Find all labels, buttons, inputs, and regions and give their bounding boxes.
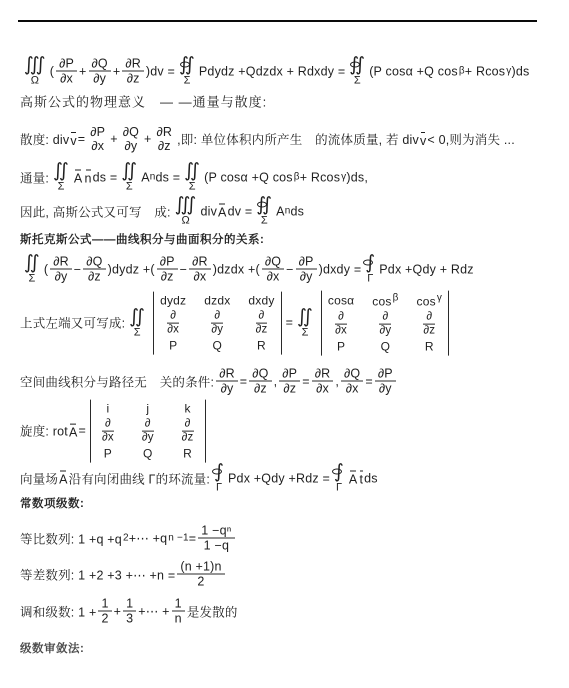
math-text: 等差数列: 1 +2 +3 +⋯ +n =: [20, 565, 175, 583]
integral-limit: Σ: [29, 274, 36, 285]
math-text: 1: [175, 597, 182, 611]
math-text: dydz: [160, 294, 186, 308]
heading-stokes: 斯托克斯公式——曲线积分与曲面积分的关系:: [20, 231, 264, 247]
integral-symbol: ∫∫: [129, 308, 145, 327]
determinant-cell: R: [257, 338, 266, 352]
determinant: dydzdzdxdxdy∂∂x∂∂y∂∂zPQR: [153, 292, 281, 355]
math-text: (: [44, 262, 48, 276]
formula-divergence: 散度: div v = ∂P∂x + ∂Q∂y + ∂R∂z,即: 单位体积内所…: [20, 125, 515, 153]
math-text: n: [175, 612, 182, 626]
formula-stokes-determinant: 上式左端又可写成: ∫∫Σdydzdzdxdxdy∂∂x∂∂y∂∂zPQR = …: [20, 291, 453, 356]
overbar-symbol: v: [420, 131, 426, 148]
math-text: ∂: [426, 311, 432, 323]
determinant-cell: k: [184, 402, 190, 416]
superscript: n −1: [168, 533, 189, 544]
heading-gauss-meaning: 高斯公式的物理意义 — —通量与散度:: [20, 92, 267, 111]
math-text: (P cosα +Q cos: [204, 170, 293, 184]
math-text: ∂x: [335, 325, 347, 337]
integral-operator: ∫∫Σ: [53, 162, 69, 193]
formula-flux: 通量: ∫∫ΣA nds = ∫∫ΣAnds = ∫∫Σ(P cosα +Q c…: [20, 162, 368, 193]
math-text: ∂Q: [123, 125, 139, 139]
math-text: )dzdx +(: [213, 262, 260, 276]
integral-operator: ∫∫Σ: [129, 308, 145, 339]
math-text: −: [180, 262, 188, 276]
math-text: 散度: div: [20, 130, 69, 148]
math-text: ∂x: [60, 72, 73, 86]
fraction: ∂∂z: [253, 310, 271, 337]
math-text: 2: [101, 612, 108, 626]
fraction: ∂∂z: [179, 418, 197, 445]
math-text: R: [183, 446, 192, 460]
math-text: P: [337, 339, 345, 353]
math-text: cos: [372, 295, 391, 309]
integral-operator: ∫∫Σ: [184, 162, 200, 193]
math-text: 通量:: [20, 168, 49, 186]
integral-symbol: ∫∫: [256, 196, 272, 215]
integral-symbol: ∫∫∫: [24, 56, 46, 75]
math-text: ∂: [259, 310, 265, 322]
integral-limit: Σ: [184, 76, 191, 87]
math-text: =: [189, 531, 197, 545]
math-text: i: [106, 402, 109, 416]
determinant-cell: ∂∂x: [162, 310, 184, 337]
math-text: ds: [290, 204, 304, 218]
integral-symbol: ∫∫: [297, 308, 313, 327]
math-text: +⋯ +: [138, 604, 169, 619]
fraction: ∂Q∂x: [341, 367, 363, 396]
math-text: ∂z: [254, 382, 267, 396]
math-text: Q: [213, 338, 223, 352]
fraction: ∂∂y: [208, 310, 226, 337]
math-text: ∂y: [142, 432, 154, 444]
math-text: ∂y: [300, 270, 313, 284]
math-text: ∂R: [53, 255, 69, 269]
superscript: γ: [437, 293, 442, 304]
overbar-symbol: v: [70, 131, 76, 148]
integral-limit: Σ: [126, 182, 133, 193]
math-text: ∂z: [88, 270, 101, 284]
determinant-cell: Q: [381, 339, 391, 353]
math-text: 因此, 高斯公式又可写 成:: [20, 202, 171, 220]
formula-curl: 旋度: rotA = ijk∂∂x∂∂y∂∂zPQR: [20, 400, 210, 463]
math-text: P: [104, 446, 112, 460]
math-text: (: [50, 64, 54, 78]
integral-symbol: ∫∫∫: [175, 196, 197, 215]
math-text: 2: [197, 575, 204, 589]
math-text: ∂Q: [252, 367, 268, 381]
integral-operator: ∫Γ: [365, 254, 375, 285]
math-text: (n +1)n: [180, 560, 221, 574]
math-text: 1: [101, 597, 108, 611]
math-text: ,: [335, 374, 339, 388]
integral-limit: Σ: [58, 182, 65, 193]
fraction: ∂R∂z: [154, 125, 176, 153]
math-text: ∂z: [182, 432, 194, 444]
math-text: ∂Q: [344, 367, 360, 381]
math-text: ∂z: [158, 139, 171, 153]
determinant: ijk∂∂x∂∂y∂∂zPQR: [90, 400, 206, 463]
determinant-cell: dzdx: [204, 294, 230, 308]
math-text: dxdy: [248, 294, 274, 308]
integral-symbol: ∫: [214, 463, 224, 482]
document-page: ∫∫∫Ω(∂P∂x + ∂Q∂y + ∂R∂z)dv = ∫∫ΣPdydz +Q…: [0, 0, 569, 688]
integral-symbol: ∫∫: [53, 162, 69, 181]
heading-constant-series: 常数项级数:: [20, 495, 84, 511]
math-text: ∂: [338, 311, 344, 323]
integral-limit: Σ: [134, 328, 141, 339]
math-text: +: [79, 64, 87, 78]
math-text: ∂y: [221, 382, 234, 396]
math-text: (P cosα +Q cos: [369, 64, 458, 78]
math-text: P: [169, 338, 177, 352]
math-text: Q: [143, 446, 153, 460]
fraction: ∂P∂y: [296, 255, 317, 284]
determinant-cell: Q: [213, 338, 223, 352]
formula-geometric-series: 等比数列: 1 +q +q2 +⋯ +qn −1 = 1 −qⁿ1 −q: [20, 524, 237, 553]
fraction: ∂∂z: [420, 311, 438, 338]
math-text: ∂R: [125, 57, 141, 71]
math-text: ∂x: [91, 139, 104, 153]
integral-limit: Γ: [336, 483, 342, 494]
math-text: A: [141, 170, 150, 184]
integral-operator: ∫Γ: [214, 463, 224, 494]
math-text: ∂R: [315, 367, 331, 381]
integral-symbol: ∫∫: [179, 56, 195, 75]
fraction: ∂∂x: [332, 311, 350, 338]
formula-path-independence: 空间曲线积分与路径无 关的条件: ∂R∂y = ∂Q∂z, ∂P∂z = ∂R∂…: [20, 367, 398, 396]
math-text: R: [425, 339, 434, 353]
determinant-grid: dydzdzdxdxdy∂∂x∂∂y∂∂zPQR: [153, 292, 281, 355]
integral-operator: ∫∫Σ: [297, 308, 313, 339]
math-text: ∂P: [90, 125, 105, 139]
math-text: ∂y: [211, 324, 223, 336]
fraction: ∂∂x: [99, 418, 117, 445]
math-text: ∂: [170, 310, 176, 322]
fraction: ∂P∂z: [279, 367, 300, 396]
math-text: ∂y: [379, 325, 391, 337]
math-text: −: [74, 262, 82, 276]
math-text: j: [146, 402, 149, 416]
formula-harmonic-series: 调和级数: 1 +12 +13 +⋯ +1n是发散的: [20, 597, 238, 626]
math-text: ∂x: [194, 270, 207, 284]
math-text: A: [276, 204, 285, 218]
determinant-cell: ∂∂y: [374, 311, 396, 338]
math-text: ∂Q: [92, 57, 108, 71]
math-text: ,即: 单位体积内所产生 的流体质量, 若 div: [177, 130, 419, 148]
math-text: div: [200, 204, 217, 218]
determinant-cell: ∂∂x: [330, 311, 352, 338]
determinant-cell: cosα: [328, 294, 354, 308]
determinant-grid: ijk∂∂x∂∂y∂∂zPQR: [90, 400, 206, 463]
math-text: ds =: [93, 170, 118, 184]
math-text: ∂z: [127, 72, 140, 86]
math-text: cos: [417, 295, 436, 309]
math-text: < 0,则为消失 ...: [427, 130, 515, 148]
integral-symbol: ∫∫: [24, 254, 40, 273]
math-text: =: [240, 374, 248, 388]
integral-operator: ∫∫Σ: [121, 162, 137, 193]
determinant-cell: ∂∂z: [251, 310, 273, 337]
determinant-cell: dydz: [160, 294, 186, 308]
math-text: Q: [381, 339, 391, 353]
math-text: ∂P: [59, 57, 74, 71]
fraction: 12: [98, 597, 111, 626]
math-text: ∂y: [124, 139, 137, 153]
fraction: ∂R∂x: [189, 255, 211, 284]
determinant-cell: ∂∂z: [418, 311, 440, 338]
math-text: ∂z: [256, 324, 268, 336]
math-text: ∂x: [167, 324, 179, 336]
heading-convergence-tests: 级数审敛法:: [20, 640, 84, 656]
fraction: ∂Q∂x: [262, 255, 284, 284]
math-text: +⋯ +q: [129, 531, 168, 546]
determinant-cell: ∂∂z: [177, 418, 199, 445]
integral-operator: ∫∫Σ: [256, 196, 272, 227]
fraction: ∂Q∂y: [89, 57, 111, 86]
overbar-symbol: A: [218, 203, 227, 220]
fraction: 13: [123, 597, 136, 626]
fraction: ∂P∂x: [56, 57, 77, 86]
formula-circulation: 向量场 A沿有向闭曲线 Γ的环流量: ∫ΓPdx +Qdy +Rdz = ∫ΓA…: [20, 463, 378, 494]
math-text: 3: [126, 612, 133, 626]
math-text: ∂y: [93, 72, 106, 86]
math-text: 向量场: [20, 469, 58, 487]
formula-gauss: ∫∫∫Ω(∂P∂x + ∂Q∂y + ∂R∂z)dv = ∫∫ΣPdydz +Q…: [20, 56, 529, 87]
math-text: ∂x: [316, 382, 329, 396]
math-text: 1: [126, 597, 133, 611]
math-text: )dxdy =: [319, 262, 362, 276]
math-text: =: [286, 316, 294, 330]
determinant-cell: R: [183, 446, 192, 460]
determinant-cell: ∂∂y: [206, 310, 228, 337]
math-text: Pdx +Qdy + Rdz: [379, 262, 474, 276]
determinant-cell: cosβ: [372, 293, 398, 309]
math-text: 1 −q: [204, 539, 229, 553]
math-text: ∂y: [55, 270, 68, 284]
integral-operator: ∫∫∫Ω: [175, 196, 197, 227]
overbar-symbol: n: [84, 169, 91, 186]
math-text: ∂Q: [265, 255, 281, 269]
determinant-cell: P: [337, 339, 345, 353]
determinant-cell: P: [104, 446, 112, 460]
overbar-symbol: A: [69, 423, 78, 440]
integral-symbol: ∫∫: [121, 162, 137, 181]
math-text: ∂R: [219, 367, 235, 381]
math-text: ∂z: [423, 325, 435, 337]
math-text: 等比数列: 1 +q +q: [20, 529, 122, 547]
math-text: ∂P: [282, 367, 297, 381]
determinant-cell: Q: [143, 446, 153, 460]
math-text: ds: [364, 471, 378, 485]
math-text: ∂P: [299, 255, 314, 269]
integral-operator: ∫∫Σ: [349, 56, 365, 87]
integral-limit: Σ: [189, 182, 196, 193]
integral-operator: ∫Γ: [334, 463, 344, 494]
math-text: ∂R: [157, 125, 173, 139]
determinant-cell: ∂∂y: [137, 418, 159, 445]
overbar-symbol: A: [59, 470, 68, 487]
fraction: ∂∂x: [164, 310, 182, 337]
math-text: +: [144, 132, 152, 146]
math-text: =: [78, 132, 86, 146]
integral-symbol: ∫: [365, 254, 375, 273]
fraction: ∂Q∂z: [249, 367, 271, 396]
math-text: =: [302, 374, 310, 388]
math-text: 空间曲线积分与路径无 关的条件:: [20, 372, 214, 390]
fraction: ∂P∂x: [87, 125, 108, 153]
fraction: 1n: [172, 597, 185, 626]
math-text: ,: [274, 374, 278, 388]
math-text: ∂: [382, 311, 388, 323]
math-text: +: [114, 604, 122, 618]
formula-stokes: ∫∫Σ(∂R∂y − ∂Q∂z)dydz +(∂P∂z − ∂R∂x)dzdx …: [20, 254, 474, 285]
integral-symbol: ∫: [334, 463, 344, 482]
math-text: R: [257, 338, 266, 352]
integral-limit: Σ: [354, 76, 361, 87]
math-text: 1 −qⁿ: [201, 524, 231, 538]
integral-limit: Γ: [216, 483, 222, 494]
math-text: ∂y: [379, 382, 392, 396]
math-text: ∂z: [283, 382, 296, 396]
top-rule: [18, 20, 537, 22]
math-text: ∂z: [161, 270, 174, 284]
math-text: 调和级数: 1 +: [20, 602, 96, 620]
determinant-cell: dxdy: [248, 294, 274, 308]
integral-operator: ∫∫Σ: [24, 254, 40, 285]
integral-operator: ∫∫∫Ω: [24, 56, 46, 87]
formula-gauss-rewritten: 因此, 高斯公式又可写 成: ∫∫∫Ωdiv Adv = ∫∫ΣAnds: [20, 196, 304, 227]
integral-symbol: ∫∫: [349, 56, 365, 75]
math-text: ds =: [156, 170, 181, 184]
superscript: β: [393, 293, 399, 304]
determinant-cell: i: [106, 402, 109, 416]
determinant-grid: cosαcosβcosγ∂∂x∂∂y∂∂zPQR: [321, 291, 449, 356]
math-text: ∂: [185, 418, 191, 430]
determinant-cell: R: [425, 339, 434, 353]
fraction: ∂R∂z: [122, 57, 144, 86]
math-text: )dv =: [146, 64, 175, 78]
fraction: (n +1)n2: [177, 560, 224, 589]
math-text: =: [365, 374, 373, 388]
math-text: ∂x: [346, 382, 359, 396]
math-text: ∂Q: [86, 255, 102, 269]
math-text: ∂P: [160, 255, 175, 269]
integral-limit: Ω: [181, 216, 189, 227]
fraction: ∂Q∂y: [120, 125, 142, 153]
math-text: )ds,: [346, 170, 368, 184]
math-text: 是发散的: [187, 602, 238, 620]
integral-limit: Σ: [261, 216, 268, 227]
integral-limit: Σ: [302, 328, 309, 339]
overbar-symbol: t: [359, 470, 363, 487]
math-text: ∂: [145, 418, 151, 430]
math-text: +: [110, 132, 118, 146]
math-text: dzdx: [204, 294, 230, 308]
math-text: Pdx +Qdy +Rdz =: [228, 471, 330, 485]
integral-symbol: ∫∫: [184, 162, 200, 181]
integral-operator: ∫∫Σ: [179, 56, 195, 87]
math-text: dv =: [228, 204, 253, 218]
math-text: + Rcos: [465, 64, 505, 78]
math-text: ∂: [105, 418, 111, 430]
fraction: ∂P∂z: [157, 255, 178, 284]
math-text: 沿有向闭曲线 Γ的环流量:: [69, 469, 210, 487]
overbar-symbol: A: [74, 169, 83, 186]
math-text: )dydz +(: [108, 262, 155, 276]
math-text: + Rcos: [300, 170, 340, 184]
fraction: ∂Q∂z: [83, 255, 105, 284]
math-text: ∂x: [267, 270, 280, 284]
overbar-symbol: A: [349, 470, 358, 487]
math-text: ∂P: [378, 367, 393, 381]
determinant-cell: cosγ: [417, 293, 442, 309]
integral-limit: Ω: [31, 76, 39, 87]
math-text: −: [286, 262, 294, 276]
determinant: cosαcosβcosγ∂∂x∂∂y∂∂zPQR: [321, 291, 449, 356]
math-text: =: [78, 424, 86, 438]
math-text: )ds: [511, 64, 529, 78]
fraction: ∂∂y: [376, 311, 394, 338]
determinant-cell: j: [146, 402, 149, 416]
fraction: 1 −qⁿ1 −q: [198, 524, 234, 553]
math-text: ∂R: [192, 255, 208, 269]
math-text: ∂x: [102, 432, 114, 444]
math-text: ∂: [214, 310, 220, 322]
fraction: ∂∂y: [139, 418, 157, 445]
math-text: Pdydz +Qdzdx + Rdxdy =: [199, 64, 346, 78]
math-text: 上式左端又可写成:: [20, 314, 125, 332]
determinant-cell: P: [169, 338, 177, 352]
formula-arithmetic-series: 等差数列: 1 +2 +3 +⋯ +n = (n +1)n2: [20, 560, 227, 589]
integral-limit: Γ: [367, 274, 373, 285]
fraction: ∂R∂y: [50, 255, 72, 284]
math-text: 旋度: rot: [20, 422, 68, 440]
determinant-cell: ∂∂x: [97, 418, 119, 445]
math-text: +: [113, 64, 121, 78]
fraction: ∂P∂y: [375, 367, 396, 396]
fraction: ∂R∂y: [216, 367, 238, 396]
math-text: cosα: [328, 294, 354, 308]
math-text: k: [184, 402, 190, 416]
fraction: ∂R∂x: [312, 367, 334, 396]
